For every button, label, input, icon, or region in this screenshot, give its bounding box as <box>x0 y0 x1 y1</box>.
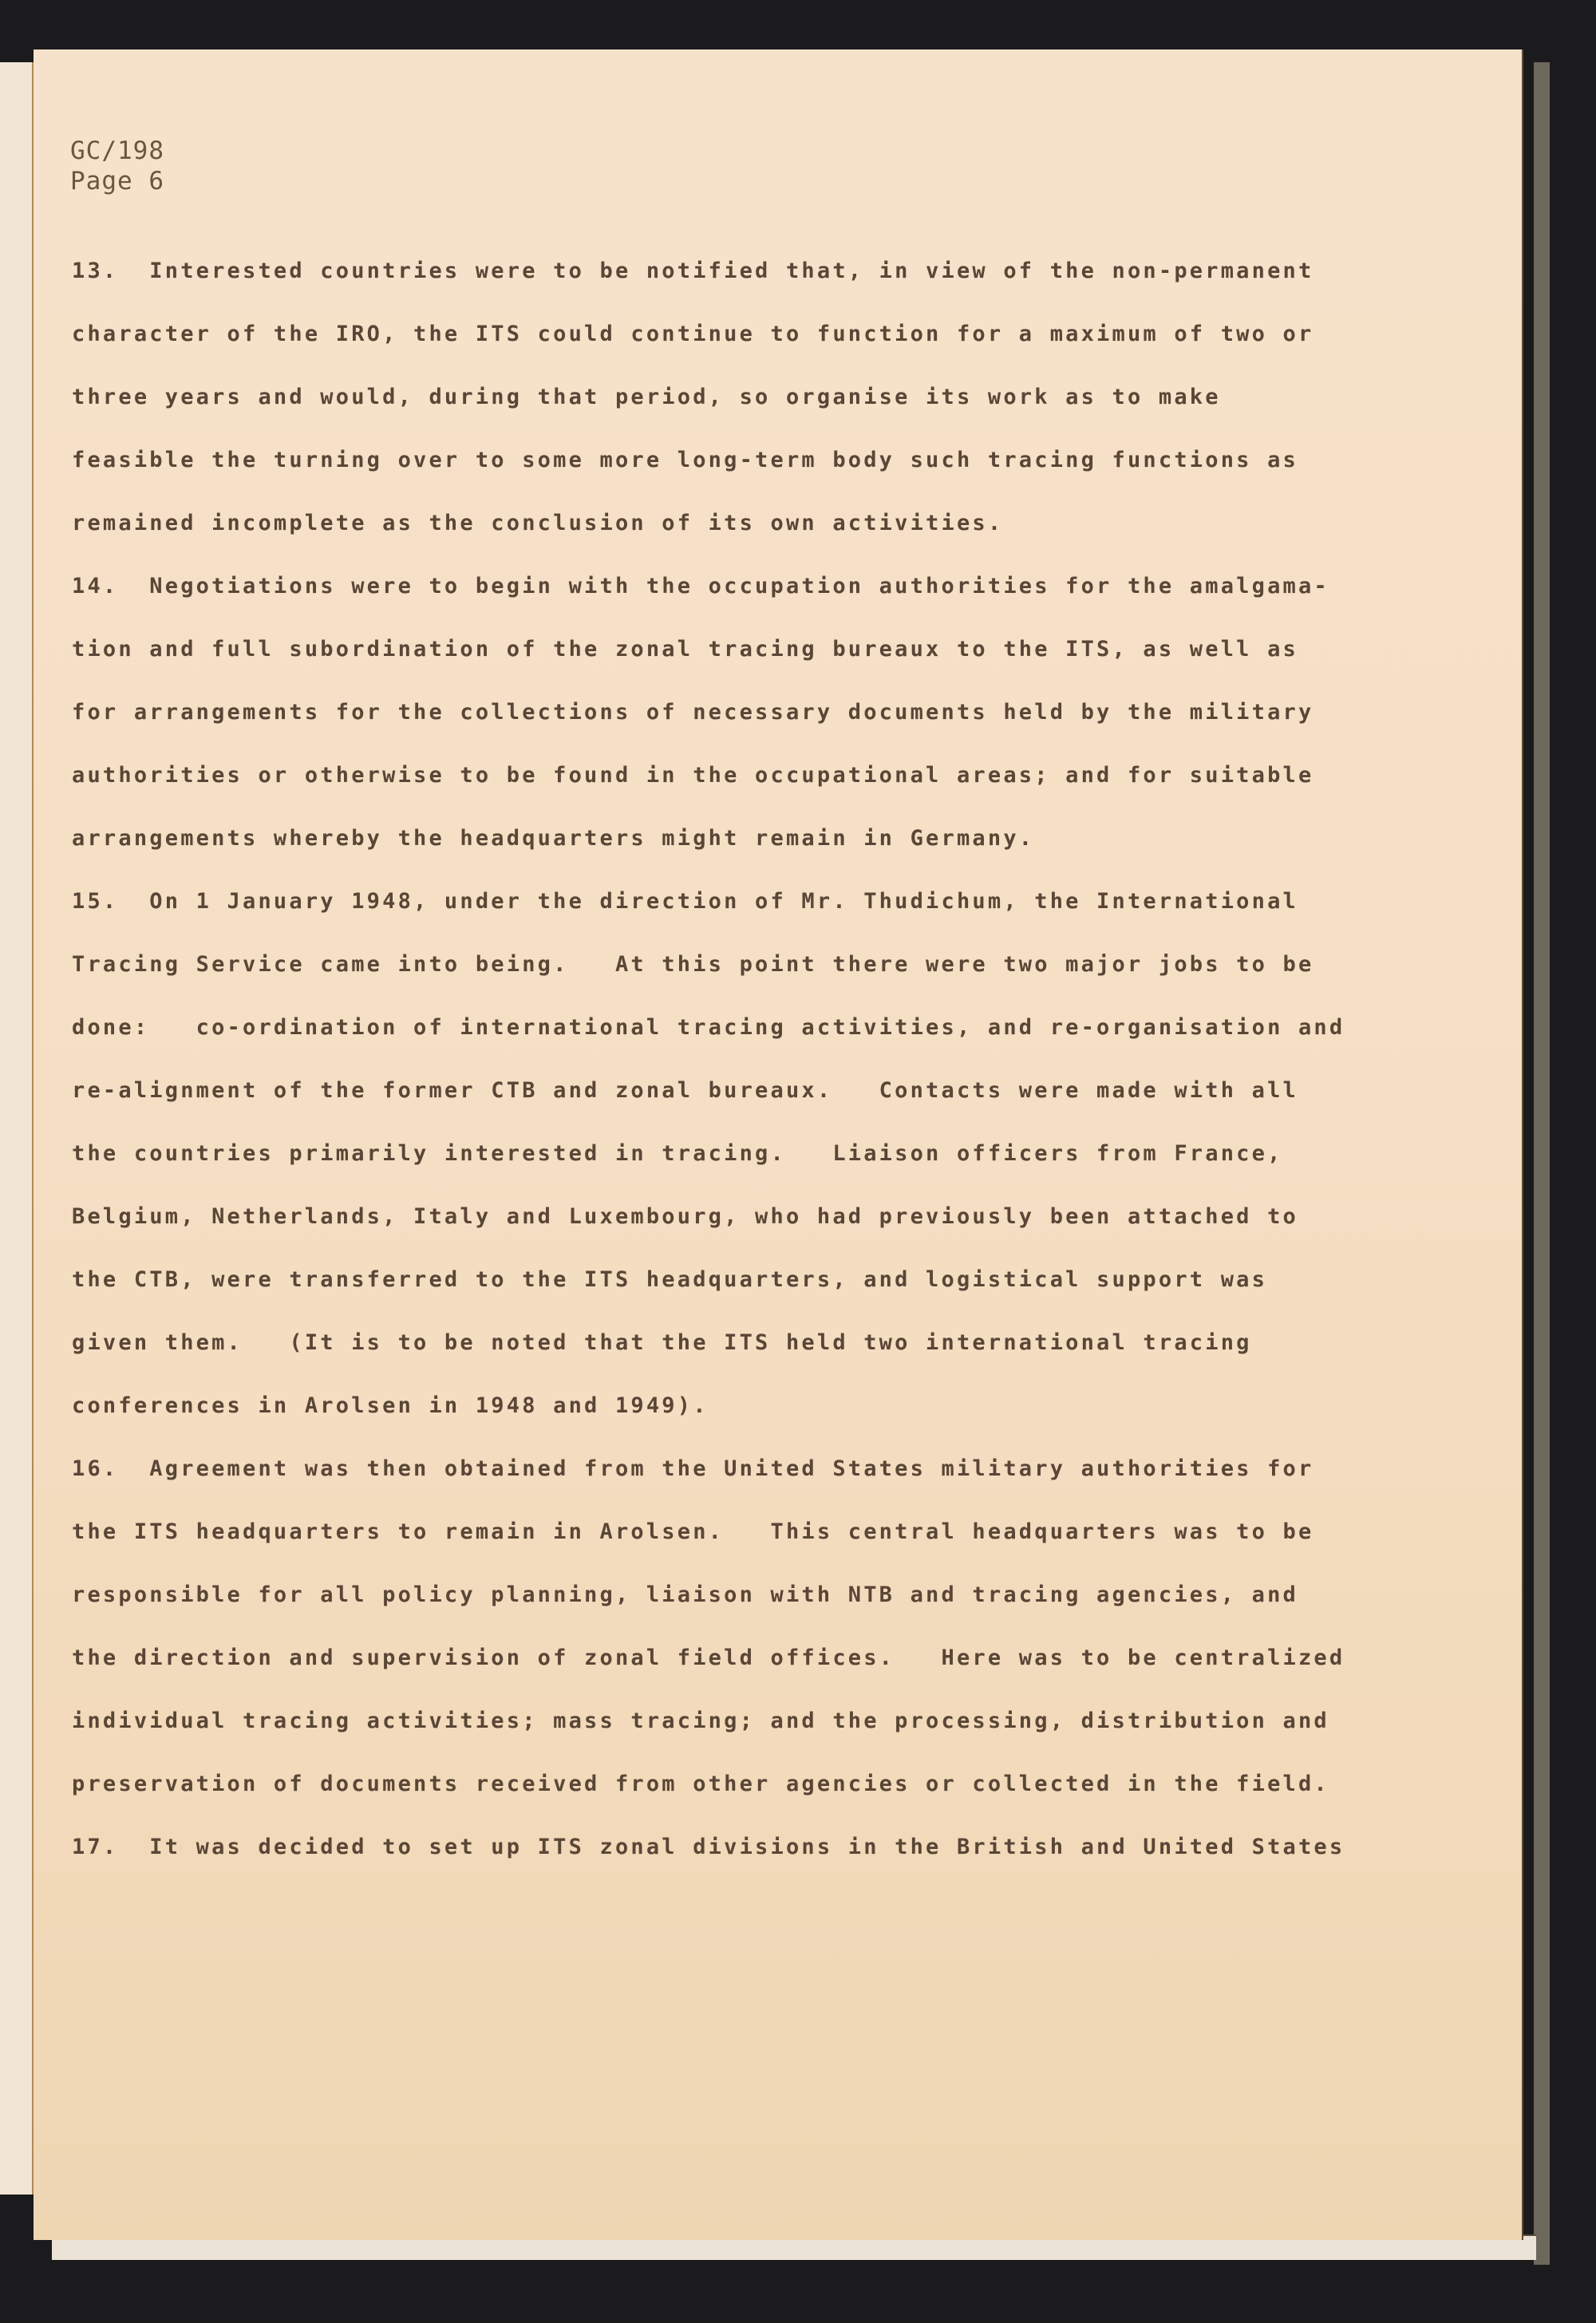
text-line: character of the IRO, the ITS could cont… <box>72 302 1508 365</box>
text-line: the CTB, were transferred to the ITS hea… <box>72 1248 1508 1311</box>
text-line: for arrangements for the collections of … <box>72 681 1508 744</box>
document-reference: GC/198 <box>70 136 164 166</box>
binder-board <box>1534 62 1550 2265</box>
text-line: individual tracing activities; mass trac… <box>72 1689 1508 1752</box>
text-line: the direction and supervision of zonal f… <box>72 1626 1508 1689</box>
text-line: preservation of documents received from … <box>72 1752 1508 1815</box>
text-line: re-alignment of the former CTB and zonal… <box>72 1059 1508 1122</box>
text-line: conferences in Arolsen in 1948 and 1949)… <box>72 1374 1508 1437</box>
document-header: GC/198 Page 6 <box>70 136 164 196</box>
text-line: 14. Negotiations were to begin with the … <box>72 555 1508 618</box>
paragraph-15: 15. On 1 January 1948, under the directi… <box>72 870 1508 1437</box>
text-line: Tracing Service came into being. At this… <box>72 933 1508 996</box>
text-line: tion and full subordination of the zonal… <box>72 618 1508 681</box>
text-line: 16. Agreement was then obtained from the… <box>72 1437 1508 1500</box>
text-line: 17. It was decided to set up ITS zonal d… <box>72 1815 1508 1879</box>
document-page: GC/198 Page 6 13. Interested countries w… <box>34 49 1522 2240</box>
text-line: Belgium, Netherlands, Italy and Luxembou… <box>72 1185 1508 1248</box>
text-line: arrangements whereby the headquarters mi… <box>72 807 1508 870</box>
text-line: 15. On 1 January 1948, under the directi… <box>72 870 1508 933</box>
text-line: 13. Interested countries were to be noti… <box>72 239 1508 302</box>
paragraph-13: 13. Interested countries were to be noti… <box>72 239 1508 555</box>
text-line: the countries primarily interested in tr… <box>72 1122 1508 1185</box>
document-body: 13. Interested countries were to be noti… <box>72 239 1508 1879</box>
text-line: given them. (It is to be noted that the … <box>72 1311 1508 1374</box>
paragraph-14: 14. Negotiations were to begin with the … <box>72 555 1508 870</box>
text-line: feasible the turning over to some more l… <box>72 429 1508 492</box>
text-line: remained incomplete as the conclusion of… <box>72 492 1508 555</box>
adjacent-page-edge <box>0 62 34 2195</box>
paragraph-16: 16. Agreement was then obtained from the… <box>72 1437 1508 1815</box>
text-line: the ITS headquarters to remain in Arolse… <box>72 1500 1508 1563</box>
text-line: authorities or otherwise to be found in … <box>72 744 1508 807</box>
text-line: responsible for all policy planning, lia… <box>72 1563 1508 1626</box>
text-line: done: co-ordination of international tra… <box>72 996 1508 1059</box>
paragraph-17: 17. It was decided to set up ITS zonal d… <box>72 1815 1508 1879</box>
text-line: three years and would, during that perio… <box>72 365 1508 429</box>
page-number: Page 6 <box>70 166 164 196</box>
